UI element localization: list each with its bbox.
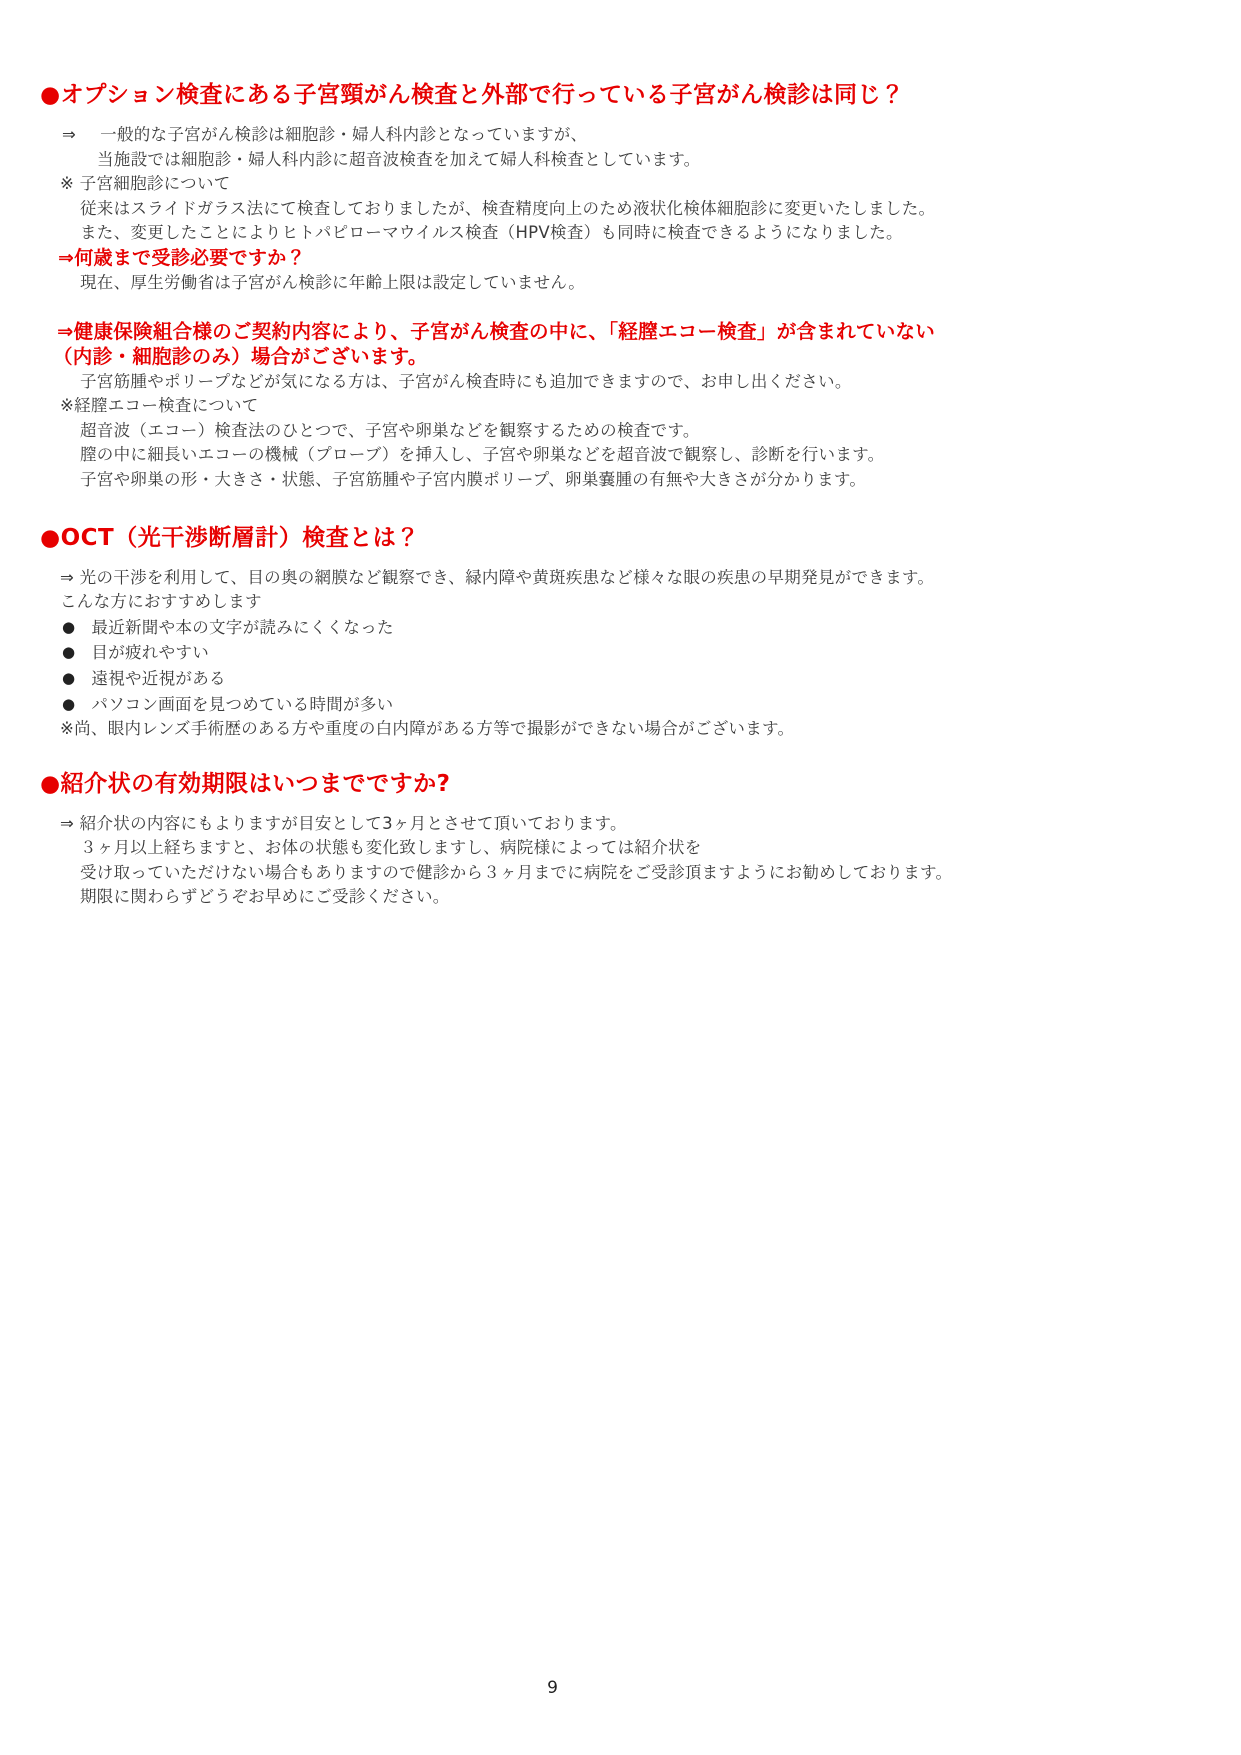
list-bullet-icon: ● xyxy=(62,640,75,665)
list-bullet-icon: ● xyxy=(62,666,75,691)
answer-line: ３ヶ月以上経ちますと、お体の状態も変化致しますし、病院様によっては紹介状を xyxy=(40,836,1189,861)
sub-question-line: ⇒何歳まで受診必要ですか？ xyxy=(40,246,1189,271)
answer-line: ⇒ 光の干渉を利用して、目の奥の網膜など観察でき、緑内障や黄斑疾患など様々な眼の… xyxy=(40,566,1189,591)
note-line: 膣の中に細長いエコーの機械（プローブ）を挿入し、子宮や卵巣などを超音波で観察し、… xyxy=(40,443,1189,468)
answer-line: 期限に関わらずどうぞお早めにご受診ください。 xyxy=(40,885,1189,910)
note-line: 従来はスライドガラス法にて検査しておりましたが、検査精度向上のため液状化検体細胞… xyxy=(40,197,1189,222)
bullet-item-text: 遠視や近視がある xyxy=(91,669,225,688)
section-heading-cervical-screening: ●オプション検査にある子宮頸がん検査と外部で行っている子宮がん検診は同じ？ xyxy=(40,80,1189,110)
section-oct-exam: ●OCT（光干渉断層計）検査とは？ ⇒ 光の干渉を利用して、目の奥の網膜など観察… xyxy=(40,523,1189,742)
note-line: 超音波（エコー）検査法のひとつで、子宮や卵巣などを観察するための検査です。 xyxy=(40,419,1189,444)
answer-line: ⇒ 紹介状の内容にもよりますが目安として3ヶ月とさせて頂いております。 xyxy=(40,812,1189,837)
section-cervical-cancer-screening: ●オプション検査にある子宮頸がん検査と外部で行っている子宮がん検診は同じ？ ⇒一… xyxy=(40,80,1189,493)
section-heading-oct: ●OCT（光干渉断層計）検査とは？ xyxy=(40,523,1189,553)
bullet-item: ●目が疲れやすい xyxy=(40,640,1189,666)
red-notice-line: ⇒健康保険組合様のご契約内容により、子宮がん検査の中に、「経膣エコー検査」が含ま… xyxy=(40,319,1189,345)
answer-line: ⇒一般的な子宮がん検診は細胞診・婦人科内診となっていますが、 xyxy=(40,123,1189,148)
note-heading-line: ※経膣エコー検査について xyxy=(40,394,1189,419)
red-notice-line: （内診・細胞診のみ）場合がございます。 xyxy=(40,344,1189,370)
note-line: 子宮や卵巣の形・大きさ・状態、子宮筋腫や子宮内膜ポリープ、卵巣嚢腫の有無や大きさ… xyxy=(40,468,1189,493)
note-heading-line: ※ 子宮細胞診について xyxy=(40,172,1189,197)
answer-line: 子宮筋腫やポリープなどが気になる方は、子宮がん検査時にも追加できますので、お申し… xyxy=(40,370,1189,395)
section-heading-referral: ●紹介状の有効期限はいつまでですか? xyxy=(40,769,1189,799)
answer-line: 現在、厚生労働省は子宮がん検診に年齢上限は設定していません。 xyxy=(40,271,1189,296)
note-line: また、変更したことによりヒトパピローマウイルス検査（HPV検査）も同時に検査でき… xyxy=(40,221,1189,246)
bullet-item-text: 最近新聞や本の文字が読みにくくなった xyxy=(91,618,393,637)
list-bullet-icon: ● xyxy=(62,615,75,640)
bullet-item-text: パソコン画面を見つめている時間が多い xyxy=(91,695,393,714)
answer-line: こんな方におすすめします xyxy=(40,590,1189,615)
page-number: 9 xyxy=(0,1678,1105,1698)
list-bullet-icon: ● xyxy=(62,692,75,717)
answer-line: 受け取っていただけない場合もありますので健診から３ヶ月までに病院をご受診頂ますよ… xyxy=(40,861,1189,886)
bullet-item: ●遠視や近視がある xyxy=(40,666,1189,692)
section-referral-validity: ●紹介状の有効期限はいつまでですか? ⇒ 紹介状の内容にもよりますが目安として3… xyxy=(40,769,1189,910)
answer-line: 当施設では細胞診・婦人科内診に超音波検査を加えて婦人科検査としています。 xyxy=(40,148,1189,173)
bullet-item-text: 目が疲れやすい xyxy=(91,643,209,662)
bullet-item: ●最近新聞や本の文字が読みにくくなった xyxy=(40,615,1189,641)
note-line: ※尚、眼内レンズ手術歴のある方や重度の白内障がある方等で撮影ができない場合がござ… xyxy=(40,717,1189,742)
answer-text: 一般的な子宮がん検診は細胞診・婦人科内診となっていますが、 xyxy=(100,125,587,144)
bullet-item: ●パソコン画面を見つめている時間が多い xyxy=(40,692,1189,718)
arrow-marker: ⇒ xyxy=(62,123,76,148)
faq-document-page: ●オプション検査にある子宮頸がん検査と外部で行っている子宮がん検診は同じ？ ⇒一… xyxy=(0,0,1241,1755)
